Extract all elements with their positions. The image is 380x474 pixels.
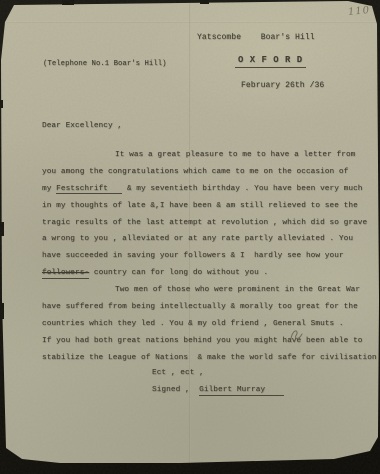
salutation: Dear Excellency , — [42, 122, 122, 130]
etcetera-line: Ect , ect , — [152, 369, 204, 377]
telephone-line: (Telephone No.1 Boar's Hill) — [43, 60, 167, 68]
typed-text: you among the congratulations which came… — [42, 168, 348, 176]
signature-name: Gilbert Murray — [199, 386, 284, 396]
paper-edge-notch — [200, 0, 209, 4]
letter-line: Two men of those who were prominent in t… — [42, 282, 362, 299]
city-heading: O X F O R D — [235, 55, 306, 68]
letter-date: February 26th /36 — [241, 81, 324, 90]
typed-text: in my thoughts of late &,I have been & a… — [42, 202, 358, 210]
sender-address: Yatscombe Boar's Hill — [197, 33, 315, 42]
scanned-letter-photo: { "annotation": { "page_number": "110" }… — [0, 0, 380, 474]
typed-text: a wrong to you , alleviated or at any ra… — [42, 235, 353, 243]
letter-line: followers- country can for long do witho… — [42, 265, 362, 282]
paper-edge-notch — [0, 222, 4, 236]
letter-line: you among the congratulations which came… — [42, 164, 362, 181]
paper-edge-notch — [0, 100, 3, 108]
signed-label: Signed , — [152, 386, 199, 394]
typed-text: tragic results of the last attempt at re… — [42, 219, 367, 227]
typed-text: have suffered from being intellectually … — [42, 303, 358, 311]
pencil-page-number: 110 — [347, 5, 370, 18]
pencil-insertion-mark — [288, 327, 306, 341]
letter-line: countries which they led . You & my old … — [42, 316, 362, 333]
signature-line: Signed , Gilbert Murray — [152, 386, 284, 394]
typed-text: If you had both great nations behind you… — [42, 337, 363, 345]
typed-text: It was a great pleasure to me to have a … — [115, 151, 355, 159]
typed-text: Two men of those who were prominent in t… — [115, 286, 360, 294]
struck-word: followers- — [42, 269, 89, 279]
letter-line: in my thoughts of late &,I have been & a… — [42, 198, 362, 215]
letter-line: tragic results of the last attempt at re… — [42, 215, 362, 232]
typed-text: country can for long do without you . — [89, 269, 268, 277]
underlined-word: Festschrift — [56, 185, 122, 195]
letter-line: It was a great pleasure to me to have a … — [42, 147, 362, 164]
paper-edge-notch — [0, 303, 4, 319]
typed-text: stabilize the League of Nations & make t… — [42, 354, 377, 362]
typed-text: & my seventieth birthday . You have been… — [122, 185, 362, 193]
letter-line: a wrong to you , alleviated or at any ra… — [42, 231, 362, 248]
letter-body: It was a great pleasure to me to have a … — [42, 147, 362, 367]
letter-line: my Festschrift & my seventieth birthday … — [42, 181, 362, 198]
typed-text: have succeeded in saving your followers … — [42, 252, 344, 260]
letter-line: have suffered from being intellectually … — [42, 299, 362, 316]
typed-text: my — [42, 185, 56, 193]
paper-edge-notch — [62, 0, 74, 5]
letter-line: have succeeded in saving your followers … — [42, 248, 362, 265]
letter-line: stabilize the League of Nations & make t… — [42, 350, 362, 367]
letter-line: If you had both great nations behind you… — [42, 333, 362, 350]
